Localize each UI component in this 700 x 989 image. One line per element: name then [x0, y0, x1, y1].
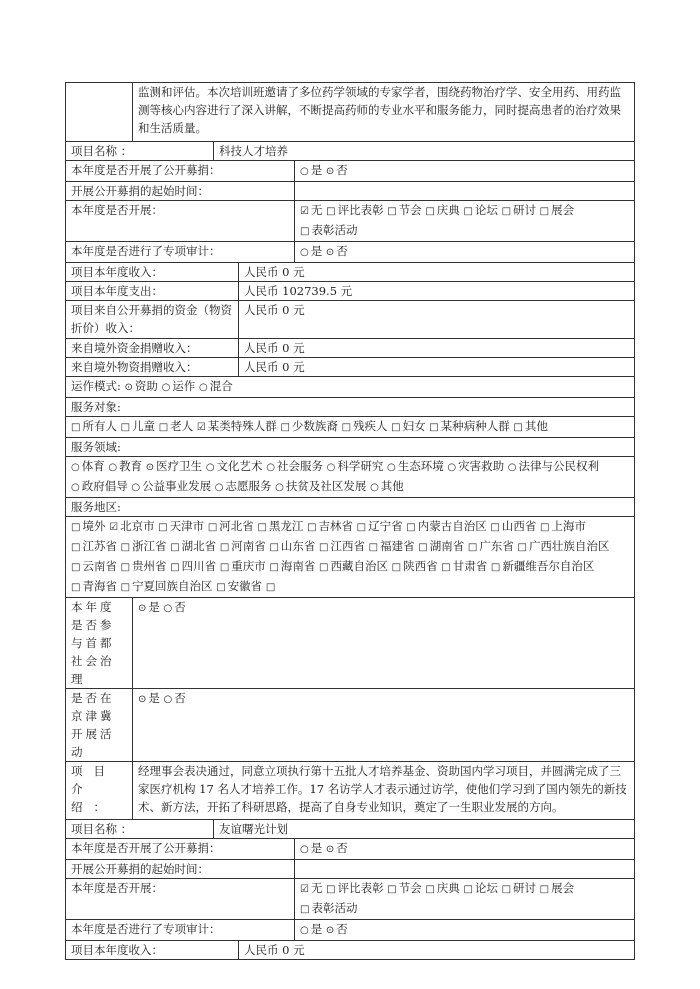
- option-label: 否: [174, 691, 186, 705]
- option-label: 否: [174, 600, 186, 614]
- project1-fundraising-start-row: 开展公开募捐的起始时间：: [66, 182, 635, 201]
- radio-option[interactable]: ○是: [300, 922, 322, 936]
- option-label: 无: [311, 203, 323, 217]
- checkbox-option[interactable]: □海南省: [269, 559, 315, 573]
- audit-options: ○是 ⊙否: [295, 920, 635, 941]
- checkbox-option[interactable]: □展会: [540, 203, 574, 217]
- checkbox-checked-icon: ☑: [300, 206, 309, 217]
- option-label: 是: [148, 691, 160, 705]
- checkbox-empty-icon: □: [269, 542, 278, 553]
- option-label: 四川省: [182, 559, 217, 573]
- project-name-label: 项目名称 ：: [66, 142, 214, 161]
- radio-empty-icon: ○: [199, 382, 208, 393]
- checkbox-empty-icon: □: [208, 522, 217, 533]
- radio-empty-icon: ○: [108, 462, 117, 473]
- option-label: 法律与公民权利: [519, 459, 600, 473]
- income-value: 人民币 0 元: [239, 263, 635, 282]
- radio-option[interactable]: ○否: [164, 600, 186, 614]
- radio-option[interactable]: ○生态环境: [387, 459, 444, 473]
- project1-service-region-label-row: 服务地区:: [66, 498, 635, 517]
- project1-expense-row: 项目本年度支出： 人民币 102739.5 元: [66, 282, 635, 301]
- option-label: 表彰活动: [311, 901, 357, 915]
- option-label: 山西省: [502, 519, 537, 533]
- checkbox-option[interactable]: □: [266, 579, 277, 593]
- checkbox-checked-icon: ☑: [300, 884, 309, 895]
- capital-governance-options: ⊙是 ○否: [133, 598, 635, 689]
- option-label: 社会服务: [277, 459, 323, 473]
- checkbox-option[interactable]: □上海市: [540, 519, 586, 533]
- checkbox-option[interactable]: □江西省: [319, 539, 365, 553]
- checkbox-option[interactable]: □所有人: [71, 419, 117, 433]
- checkbox-empty-icon: □: [170, 542, 179, 553]
- checkbox-option[interactable]: □青海省: [71, 579, 117, 593]
- checkbox-empty-icon: □: [490, 522, 499, 533]
- checkbox-option[interactable]: ☑无: [300, 881, 322, 895]
- option-label: 生态环境: [398, 459, 444, 473]
- checkbox-empty-icon: □: [121, 542, 130, 553]
- radio-option[interactable]: ○社会服务: [266, 459, 323, 473]
- option-label: 广西壮族自治区: [529, 539, 610, 553]
- option-label: 内蒙古自治区: [418, 519, 487, 533]
- checkbox-empty-icon: □: [71, 422, 80, 433]
- option-label: 儿童: [132, 419, 155, 433]
- option-label: 体育: [82, 459, 105, 473]
- checkbox-empty-icon: □: [216, 582, 225, 593]
- option-label: 河北省: [219, 519, 254, 533]
- income-label: 项目本年度收入：: [66, 941, 239, 960]
- radio-option[interactable]: ○扶贫及社区发展: [275, 479, 366, 493]
- checkbox-option[interactable]: □儿童: [121, 419, 155, 433]
- option-label: 否: [336, 841, 348, 855]
- checkbox-empty-icon: □: [220, 562, 229, 573]
- option-label: 陕西省: [403, 559, 438, 573]
- checkbox-empty-icon: □: [319, 542, 328, 553]
- radio-empty-icon: ○: [275, 482, 284, 493]
- radio-empty-icon: ○: [508, 462, 517, 473]
- checkbox-empty-icon: □: [540, 522, 549, 533]
- option-label: 无: [311, 881, 323, 895]
- radio-option[interactable]: ○文化艺术: [206, 459, 263, 473]
- checkbox-empty-icon: □: [71, 582, 80, 593]
- public-fundraising-options: ○是 ⊙否: [295, 839, 635, 860]
- radio-empty-icon: ○: [266, 462, 275, 473]
- radio-option[interactable]: ⊙资助: [125, 379, 158, 393]
- checkbox-option[interactable]: ☑北京市: [109, 519, 154, 533]
- continuation-row: 监测和评估。本次培训班邀请了多位药学领域的专家学者，围绕药物治疗学、安全用药、用…: [66, 83, 635, 142]
- option-label: 是: [311, 841, 323, 855]
- option-label: 研讨: [513, 203, 536, 217]
- option-label: 安徽省: [228, 579, 263, 593]
- checkbox-empty-icon: □: [425, 884, 434, 895]
- checkbox-empty-icon: □: [300, 904, 309, 915]
- checkbox-checked-icon: ☑: [109, 522, 118, 533]
- checkbox-option[interactable]: □论坛: [463, 203, 497, 217]
- option-label: 是: [148, 600, 160, 614]
- checkbox-empty-icon: □: [71, 522, 80, 533]
- checkbox-option[interactable]: □河南省: [220, 539, 266, 553]
- checkbox-empty-icon: □: [159, 422, 168, 433]
- checkbox-empty-icon: □: [326, 884, 335, 895]
- expense-value: 人民币 102739.5 元: [239, 282, 635, 301]
- intro-label: 项目介绍：: [66, 762, 133, 820]
- option-label: 河南省: [231, 539, 266, 553]
- option-label: 否: [336, 922, 348, 936]
- option-label: 否: [336, 244, 348, 258]
- option-label: 庆典: [437, 881, 460, 895]
- checkbox-option[interactable]: □福建省: [369, 539, 415, 553]
- project1-public-funds-row: 项目来自公开募捐的资金（物资折价）收入： 人民币 0 元: [66, 301, 635, 339]
- income-label: 项目本年度收入：: [66, 263, 239, 282]
- audit-label: 本年度是否进行了专项审计：: [66, 920, 295, 941]
- option-label: 新疆维吾尔自治区: [502, 559, 594, 573]
- checkbox-option[interactable]: □浙江省: [121, 539, 167, 553]
- option-label: 吉林省: [319, 519, 354, 533]
- option-label: 某种病种人群: [441, 419, 510, 433]
- radio-empty-icon: ○: [300, 844, 309, 855]
- continuation-text: 监测和评估。本次培训班邀请了多位药学领域的专家学者，围绕药物治疗学、安全用药、用…: [133, 83, 635, 142]
- option-label: 甘肃省: [453, 559, 488, 573]
- overseas-goods-label: 来自境外物资捐赠收入：: [66, 358, 239, 377]
- checkbox-empty-icon: □: [121, 422, 130, 433]
- activities-label: 本年度是否开展：: [66, 201, 295, 242]
- checkbox-option[interactable]: ☑无: [300, 203, 322, 217]
- project2-fundraising-row: 本年度是否开展了公开募捐： ○是 ⊙否: [66, 839, 635, 860]
- radio-option[interactable]: ○科学研究: [327, 459, 384, 473]
- checkbox-option[interactable]: □某种病种人群: [429, 419, 509, 433]
- radio-empty-icon: ○: [387, 462, 396, 473]
- option-label: 湖南省: [430, 539, 465, 553]
- option-label: 否: [336, 163, 348, 177]
- radio-selected-icon: ⊙: [125, 382, 133, 393]
- option-label: 福建省: [380, 539, 415, 553]
- radio-option[interactable]: ○公益事业发展: [131, 479, 211, 493]
- checkbox-empty-icon: □: [369, 542, 378, 553]
- project-report-table: 监测和评估。本次培训班邀请了多位药学领域的专家学者，围绕药物治疗学、安全用药、用…: [65, 82, 635, 960]
- checkbox-empty-icon: □: [517, 542, 526, 553]
- radio-option[interactable]: ○是: [300, 841, 322, 855]
- option-label: 表彰活动: [311, 223, 357, 237]
- fundraising-start-value: [295, 182, 635, 201]
- option-label: 展会: [551, 203, 574, 217]
- service-field-label: 服务领域:: [66, 438, 635, 457]
- option-label: 论坛: [475, 203, 498, 217]
- checkbox-empty-icon: □: [513, 422, 522, 433]
- checkbox-empty-icon: □: [220, 542, 229, 553]
- option-label: 节会: [399, 881, 422, 895]
- checkbox-option[interactable]: □评比表彰: [326, 203, 383, 217]
- radio-option[interactable]: ⊙是: [138, 600, 160, 614]
- checkbox-option[interactable]: □节会: [387, 881, 421, 895]
- expense-label: 项目本年度支出：: [66, 282, 239, 301]
- project-name-label: 项目名称 ：: [66, 820, 214, 839]
- checkbox-empty-icon: □: [491, 562, 500, 573]
- operation-mode: 运作模式: ⊙资助 ○运作 ○混合: [66, 377, 635, 398]
- project2-fundraising-start-row: 开展公开募捐的起始时间：: [66, 860, 635, 879]
- radio-empty-icon: ○: [162, 382, 171, 393]
- radio-option[interactable]: ○是: [300, 163, 322, 177]
- checkbox-option[interactable]: □论坛: [463, 881, 497, 895]
- option-label: 其他: [525, 419, 548, 433]
- project1-fundraising-row: 本年度是否开展了公开募捐： ○是 ⊙否: [66, 161, 635, 182]
- checkbox-option[interactable]: □妇女: [391, 419, 425, 433]
- radio-option[interactable]: ⊙否: [326, 244, 348, 258]
- overseas-funds-value: 人民币 0 元: [239, 339, 635, 358]
- option-label: 上海市: [551, 519, 586, 533]
- checkbox-option[interactable]: □其他: [513, 419, 547, 433]
- option-label: 是: [311, 244, 323, 258]
- checkbox-empty-icon: □: [121, 582, 130, 593]
- checkbox-empty-icon: □: [170, 562, 179, 573]
- checkbox-option[interactable]: □贵州省: [121, 559, 167, 573]
- checkbox-empty-icon: □: [342, 422, 351, 433]
- checkbox-option[interactable]: □广西壮族自治区: [517, 539, 609, 553]
- checkbox-option[interactable]: □湖北省: [170, 539, 216, 553]
- radio-option[interactable]: ⊙否: [326, 922, 348, 936]
- project2-income-row: 项目本年度收入： 人民币 0 元: [66, 941, 635, 960]
- option-label: 天津市: [170, 519, 205, 533]
- checkbox-option[interactable]: □辽宁省: [357, 519, 403, 533]
- checkbox-empty-icon: □: [463, 206, 472, 217]
- checkbox-option[interactable]: □内蒙古自治区: [406, 519, 486, 533]
- project1-service-field-label-row: 服务领域:: [66, 438, 635, 457]
- service-field-options: ○体育 ○教育 ⊙医疗卫生 ○文化艺术 ○社会服务 ○科学研究 ○生态环境 ○灾…: [66, 457, 635, 498]
- public-funds-value: 人民币 0 元: [239, 301, 635, 339]
- checkbox-option[interactable]: □安徽省: [216, 579, 262, 593]
- option-label: 所有人: [82, 419, 117, 433]
- checkbox-option[interactable]: □宁夏回族自治区: [121, 579, 213, 593]
- checkbox-option[interactable]: □新疆维吾尔自治区: [491, 559, 594, 573]
- radio-empty-icon: ○: [164, 694, 173, 705]
- checkbox-empty-icon: □: [425, 206, 434, 217]
- option-label: 教育: [119, 459, 142, 473]
- option-label: 广东省: [479, 539, 514, 553]
- service-target-options: □所有人 □儿童 □老人 ☑某类特殊人群 □少数族裔 □残疾人 □妇女 □某种病…: [66, 417, 635, 438]
- project-name-value: 友谊曙光计划: [214, 820, 635, 839]
- audit-options: ○是 ⊙否: [295, 242, 635, 263]
- capital-governance-label: 本年度是否参与首都社会治理: [66, 598, 133, 689]
- intro-text: 经理事会表决通过，同意立项执行第十五批人才培养基金、资助国内学习项目，并圆满完成…: [133, 762, 635, 820]
- option-label: 是: [311, 922, 323, 936]
- checkbox-empty-icon: □: [269, 562, 278, 573]
- checkbox-checked-icon: ☑: [197, 422, 206, 433]
- project2-audit-row: 本年度是否进行了专项审计： ○是 ⊙否: [66, 920, 635, 941]
- checkbox-empty-icon: □: [319, 562, 328, 573]
- radio-empty-icon: ○: [447, 462, 456, 473]
- jjj-label: 是否在京津冀开展活动: [66, 689, 133, 762]
- public-fundraising-label: 本年度是否开展了公开募捐：: [66, 161, 295, 182]
- radio-empty-icon: ○: [71, 462, 80, 473]
- service-region-label: 服务地区:: [66, 498, 635, 517]
- radio-option[interactable]: ○教育: [108, 459, 142, 473]
- fundraising-start-label: 开展公开募捐的起始时间：: [66, 182, 295, 201]
- checkbox-empty-icon: □: [406, 522, 415, 533]
- radio-option[interactable]: ⊙否: [326, 841, 348, 855]
- radio-selected-icon: ⊙: [146, 462, 154, 473]
- checkbox-option[interactable]: □广东省: [468, 539, 514, 553]
- activities-options: ☑无 □评比表彰 □节会 □庆典 □论坛 □研讨 □展会 □表彰活动: [295, 879, 635, 920]
- checkbox-option[interactable]: □湖南省: [418, 539, 464, 553]
- option-label: 灾害救助: [458, 459, 504, 473]
- checkbox-empty-icon: □: [300, 226, 309, 237]
- checkbox-option[interactable]: □残疾人: [342, 419, 388, 433]
- option-label: 志愿服务: [226, 479, 272, 493]
- checkbox-option[interactable]: □吉林省: [307, 519, 353, 533]
- radio-option[interactable]: ○志愿服务: [215, 479, 272, 493]
- option-label: 扶贫及社区发展: [286, 479, 367, 493]
- option-label: 辽宁省: [368, 519, 403, 533]
- document-page: 监测和评估。本次培训班邀请了多位药学领域的专家学者，围绕药物治疗学、安全用药、用…: [65, 82, 634, 960]
- income-value: 人民币 0 元: [239, 941, 635, 960]
- checkbox-option[interactable]: □四川省: [170, 559, 216, 573]
- radio-option[interactable]: ⊙否: [326, 163, 348, 177]
- checkbox-empty-icon: □: [387, 884, 396, 895]
- option-label: 研讨: [513, 881, 536, 895]
- checkbox-empty-icon: □: [540, 206, 549, 217]
- checkbox-option[interactable]: □老人: [159, 419, 193, 433]
- project1-overseas-goods-row: 来自境外物资捐赠收入： 人民币 0 元: [66, 358, 635, 377]
- radio-option[interactable]: ○混合: [199, 379, 233, 393]
- audit-label: 本年度是否进行了专项审计：: [66, 242, 295, 263]
- radio-option[interactable]: ○运作: [162, 379, 196, 393]
- option-label: 青海省: [82, 579, 117, 593]
- checkbox-option[interactable]: □西藏自治区: [319, 559, 388, 573]
- radio-option[interactable]: ⊙是: [138, 691, 160, 705]
- option-label: 节会: [399, 203, 422, 217]
- checkbox-option[interactable]: ☑某类特殊人群: [197, 419, 277, 433]
- operation-mode-options: ⊙资助 ○运作 ○混合: [125, 379, 233, 393]
- checkbox-option[interactable]: □庆典: [425, 881, 459, 895]
- checkbox-option[interactable]: □云南省: [71, 559, 117, 573]
- checkbox-option[interactable]: □评比表彰: [326, 881, 383, 895]
- project1-service-target-label-row: 服务对象:: [66, 398, 635, 417]
- project1-activities-row: 本年度是否开展： ☑无 □评比表彰 □节会 □庆典 □论坛 □研讨 □展会 □表…: [66, 201, 635, 242]
- checkbox-empty-icon: □: [468, 542, 477, 553]
- checkbox-empty-icon: □: [502, 884, 511, 895]
- checkbox-option[interactable]: □天津市: [158, 519, 204, 533]
- project1-capital-governance-row: 本年度是否参与首都社会治理 ⊙是 ○否: [66, 598, 635, 689]
- option-label: 浙江省: [132, 539, 167, 553]
- option-label: 贵州省: [132, 559, 167, 573]
- checkbox-option[interactable]: □黑龙江: [257, 519, 303, 533]
- public-fundraising-label: 本年度是否开展了公开募捐：: [66, 839, 295, 860]
- checkbox-option[interactable]: □江苏省: [71, 539, 117, 553]
- project1-service-field-row: ○体育 ○教育 ⊙医疗卫生 ○文化艺术 ○社会服务 ○科学研究 ○生态环境 ○灾…: [66, 457, 635, 498]
- fundraising-start-label: 开展公开募捐的起始时间：: [66, 860, 295, 879]
- checkbox-empty-icon: □: [357, 522, 366, 533]
- checkbox-option[interactable]: □节会: [387, 203, 421, 217]
- option-label: 云南省: [82, 559, 117, 573]
- overseas-goods-value: 人民币 0 元: [239, 358, 635, 377]
- checkbox-option[interactable]: □河北省: [208, 519, 254, 533]
- project2-name-row: 项目名称 ： 友谊曙光计划: [66, 820, 635, 839]
- checkbox-empty-icon: □: [540, 884, 549, 895]
- radio-selected-icon: ⊙: [138, 694, 146, 705]
- option-label: 其他: [381, 479, 404, 493]
- option-label: 重庆市: [231, 559, 266, 573]
- jjj-options: ⊙是 ○否: [133, 689, 635, 762]
- checkbox-option[interactable]: □表彰活动: [300, 901, 357, 915]
- checkbox-option[interactable]: □山东省: [269, 539, 315, 553]
- radio-empty-icon: ○: [327, 462, 336, 473]
- radio-empty-icon: ○: [370, 482, 379, 493]
- option-label: 江西省: [331, 539, 366, 553]
- checkbox-empty-icon: □: [158, 522, 167, 533]
- radio-option[interactable]: ○体育: [71, 459, 105, 473]
- service-region-options: □境外 ☑北京市 □天津市 □河北省 □黑龙江 □吉林省 □辽宁省 □内蒙古自治…: [66, 517, 635, 598]
- checkbox-option[interactable]: □表彰活动: [300, 223, 357, 237]
- option-label: 运作: [172, 379, 195, 393]
- checkbox-option[interactable]: □甘肃省: [441, 559, 487, 573]
- checkbox-option[interactable]: □陕西省: [392, 559, 438, 573]
- option-label: 宁夏回族自治区: [132, 579, 213, 593]
- project-name-value: 科技人才培养: [214, 142, 635, 161]
- option-label: 江苏省: [82, 539, 117, 553]
- checkbox-option[interactable]: □研讨: [502, 203, 536, 217]
- checkbox-option[interactable]: □展会: [540, 881, 574, 895]
- checkbox-option[interactable]: □山西省: [490, 519, 536, 533]
- option-label: 政府倡导: [82, 479, 128, 493]
- radio-option[interactable]: ○是: [300, 244, 322, 258]
- empty-label-cell: [66, 83, 133, 142]
- checkbox-option[interactable]: □少数族裔: [280, 419, 337, 433]
- checkbox-empty-icon: □: [266, 582, 275, 593]
- project1-overseas-funds-row: 来自境外资金捐赠收入： 人民币 0 元: [66, 339, 635, 358]
- checkbox-empty-icon: □: [418, 542, 427, 553]
- checkbox-option[interactable]: □境外: [71, 519, 105, 533]
- option-label: 展会: [551, 881, 574, 895]
- option-label: 公益事业发展: [142, 479, 211, 493]
- project1-operation-mode-row: 运作模式: ⊙资助 ○运作 ○混合: [66, 377, 635, 398]
- project1-income-row: 项目本年度收入： 人民币 0 元: [66, 263, 635, 282]
- radio-empty-icon: ○: [215, 482, 224, 493]
- option-label: 老人: [170, 419, 193, 433]
- checkbox-option[interactable]: □重庆市: [220, 559, 266, 573]
- radio-option[interactable]: ⊙医疗卫生: [146, 459, 202, 473]
- radio-selected-icon: ⊙: [326, 247, 334, 258]
- project2-activities-row: 本年度是否开展： ☑无 □评比表彰 □节会 □庆典 □论坛 □研讨 □展会 □表…: [66, 879, 635, 920]
- checkbox-empty-icon: □: [71, 542, 80, 553]
- option-label: 湖北省: [182, 539, 217, 553]
- checkbox-empty-icon: □: [71, 562, 80, 573]
- option-label: 医疗卫生: [156, 459, 202, 473]
- checkbox-empty-icon: □: [121, 562, 130, 573]
- option-label: 境外: [82, 519, 105, 533]
- radio-selected-icon: ⊙: [326, 166, 334, 177]
- checkbox-option[interactable]: □庆典: [425, 203, 459, 217]
- checkbox-empty-icon: □: [391, 422, 400, 433]
- radio-selected-icon: ⊙: [138, 603, 146, 614]
- radio-option[interactable]: ○法律与公民权利: [508, 459, 599, 473]
- checkbox-option[interactable]: □研讨: [502, 881, 536, 895]
- radio-option[interactable]: ○政府倡导: [71, 479, 128, 493]
- checkbox-empty-icon: □: [326, 206, 335, 217]
- radio-selected-icon: ⊙: [326, 844, 334, 855]
- option-label: 评比表彰: [338, 203, 384, 217]
- option-label: 少数族裔: [292, 419, 338, 433]
- checkbox-empty-icon: □: [463, 884, 472, 895]
- radio-option[interactable]: ○否: [164, 691, 186, 705]
- option-label: 资助: [135, 379, 158, 393]
- service-target-label: 服务对象:: [66, 398, 635, 417]
- option-label: 庆典: [437, 203, 460, 217]
- option-label: 北京市: [120, 519, 155, 533]
- fundraising-start-value: [295, 860, 635, 879]
- checkbox-empty-icon: □: [429, 422, 438, 433]
- radio-option[interactable]: ○灾害救助: [447, 459, 504, 473]
- project1-name-row: 项目名称 ： 科技人才培养: [66, 142, 635, 161]
- public-fundraising-options: ○是 ⊙否: [295, 161, 635, 182]
- radio-option[interactable]: ○其他: [370, 479, 404, 493]
